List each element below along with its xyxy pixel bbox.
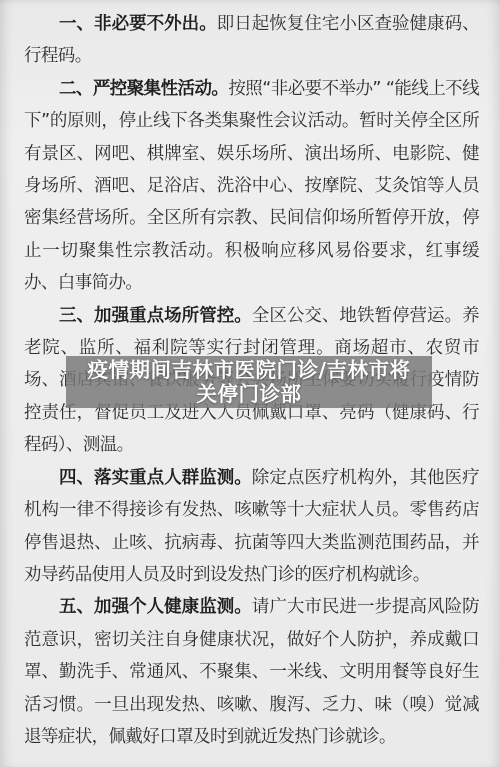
section-text: 按照“非必要不举办” “能线上不线下”的原则，停止线下各类集聚性会议活动。暂时关… [24,79,479,293]
notice-paragraph: 二、严控聚集性活动。按照“非必要不举办” “能线上不线下”的原则，停止线下各类集… [24,73,479,300]
watermark-line2: 关停门诊部 [197,382,302,407]
notice-document: 一、非必要不外出。即日起恢复住宅小区查验健康码、行程码。 二、严控聚集性活动。按… [0,0,500,767]
section-heading: 五、加强个人健康监测。 [59,597,252,617]
watermark-line1: 疫情期间吉林市医院门诊/吉林市将 [88,358,411,383]
notice-paragraph: 四、落实重点人群监测。除定点医疗机构外，其他医疗机构一律不得接诊有发热、咳嗽等十… [24,462,479,592]
notice-paragraph: 一、非必要不外出。即日起恢复住宅小区查验健康码、行程码。 [24,8,479,73]
watermark-overlay: 疫情期间吉林市医院门诊/吉林市将 关停门诊部 [66,356,432,408]
section-heading: 四、落实重点人群监测。 [59,468,252,488]
section-heading: 三、加强重点场所管控。 [59,306,252,326]
section-heading: 二、严控聚集性活动。 [59,79,228,99]
section-heading: 一、非必要不外出。 [59,14,217,34]
notice-paragraph: 五、加强个人健康监测。请广大市民进一步提高风险防范意识，密切关注自身健康状况，做… [24,591,479,753]
section-text: 请广大市民进一步提高风险防范意识，密切关注自身健康状况，做好个人防护，养成戴口罩… [24,597,479,747]
